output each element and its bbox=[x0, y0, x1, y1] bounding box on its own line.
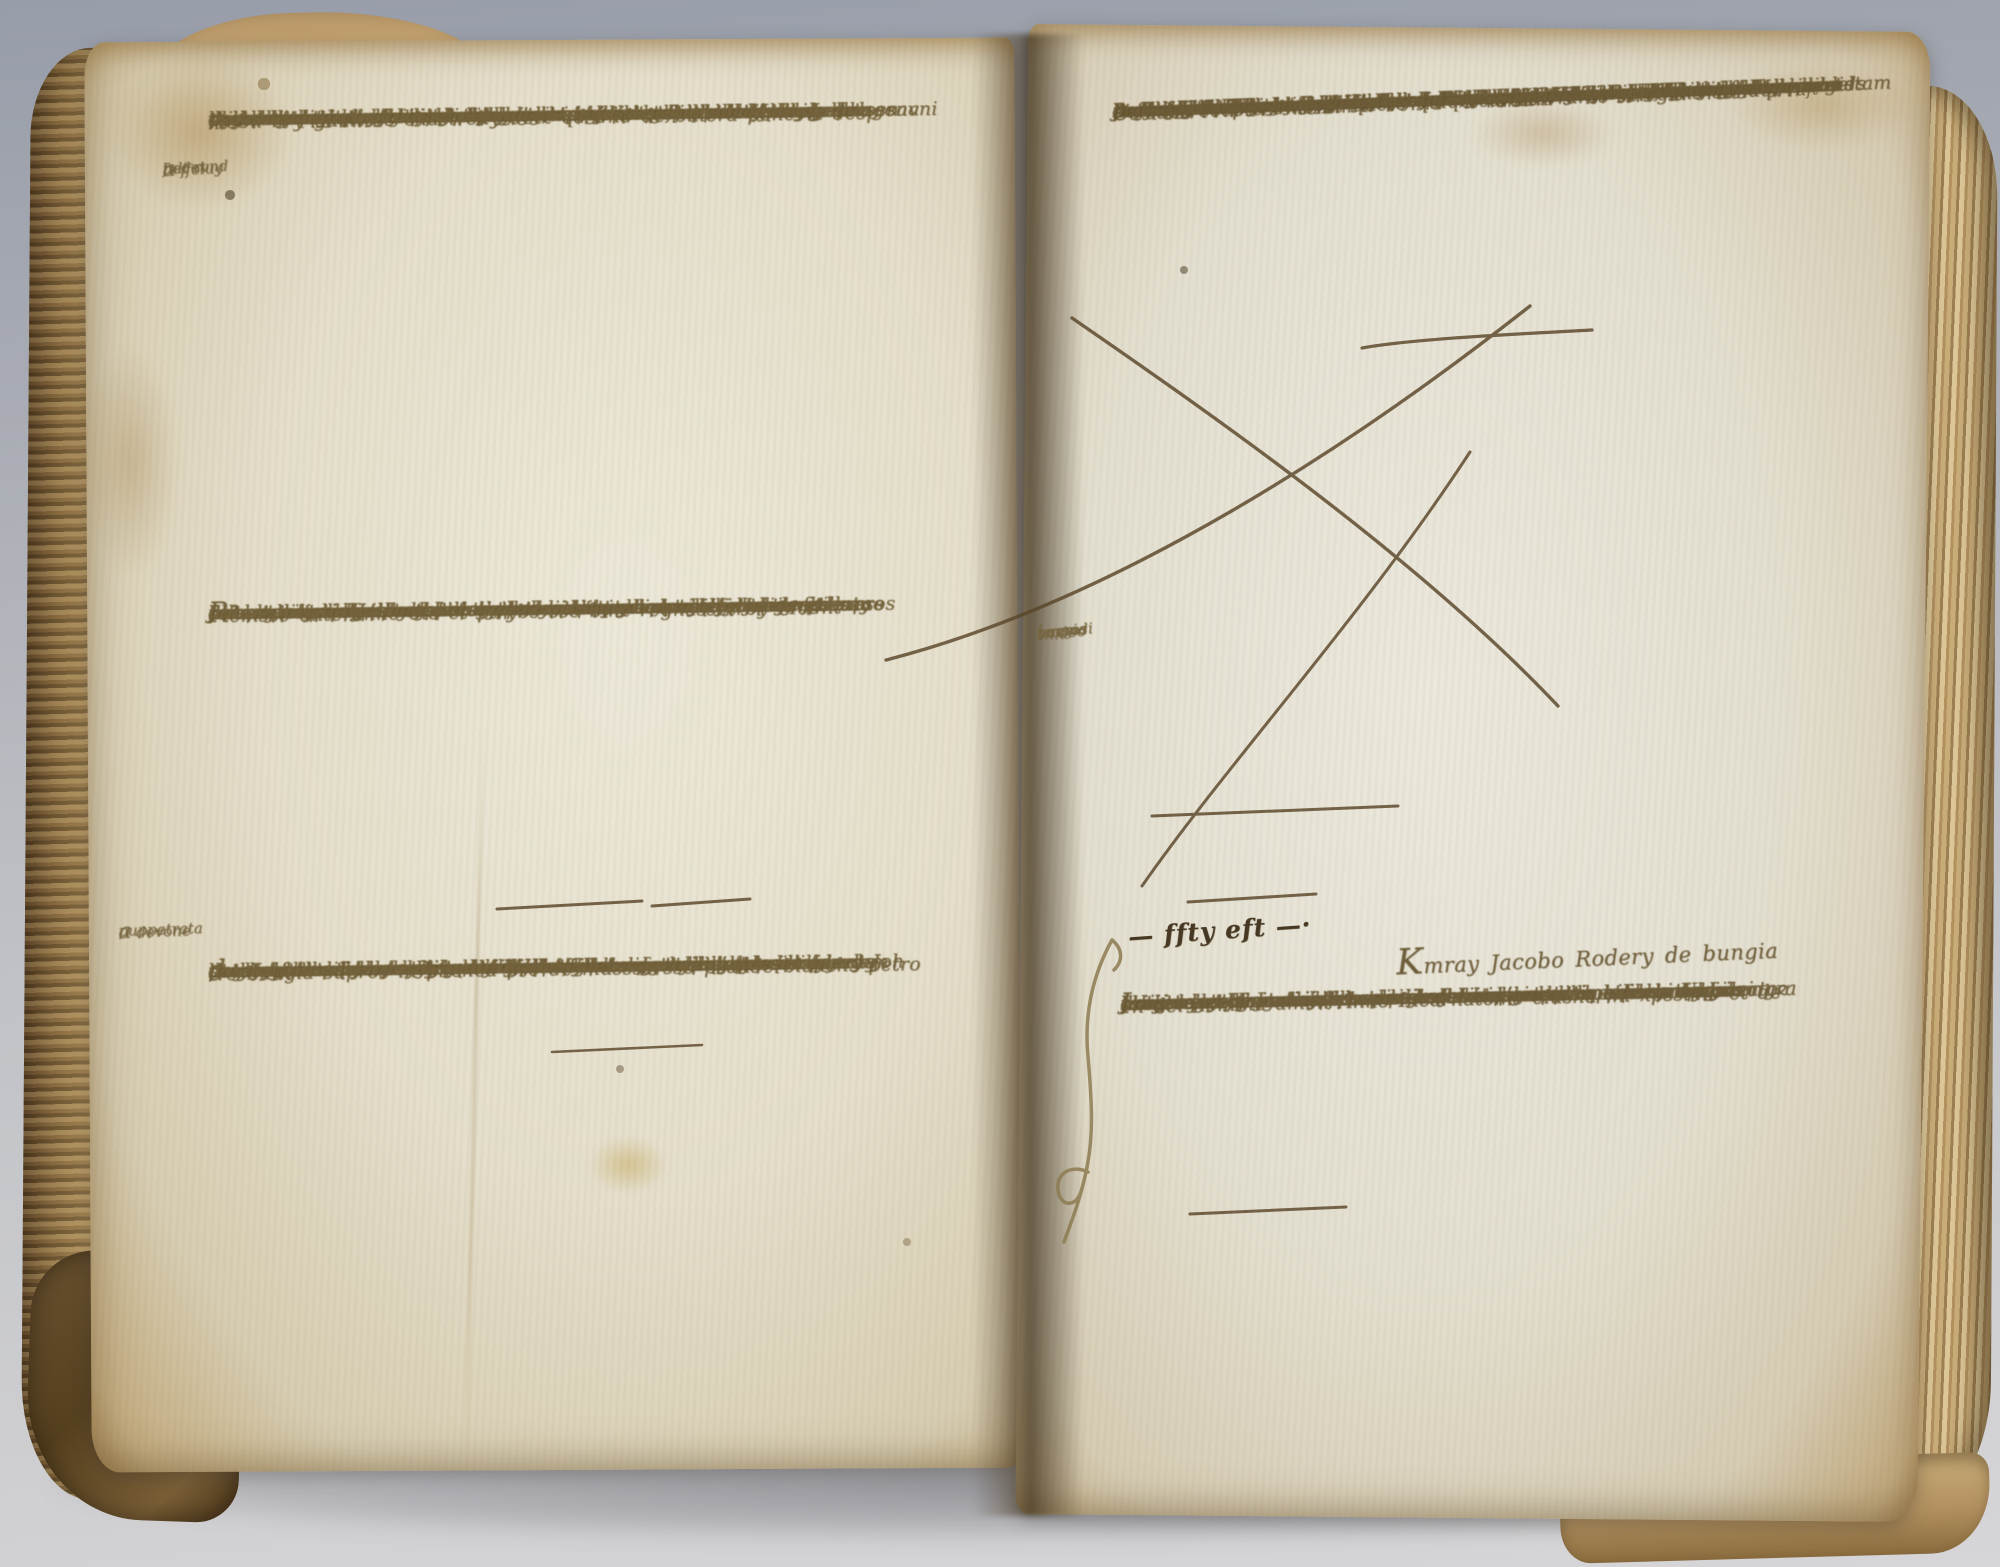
right-page bbox=[1016, 24, 1931, 1522]
photo-backdrop: nobil bry gualters chastrelly detz qd dn… bbox=[0, 0, 2000, 1567]
margin-note-line: puppetrata bbox=[118, 919, 203, 941]
stain bbox=[588, 1135, 668, 1193]
stain bbox=[80, 342, 181, 583]
gutter-shadow bbox=[972, 34, 1084, 1516]
page-crease bbox=[463, 730, 484, 1500]
margin-note-line: bedet bbox=[162, 158, 206, 179]
left-page bbox=[84, 38, 1021, 1473]
ink-specks bbox=[0, 0, 4, 4]
